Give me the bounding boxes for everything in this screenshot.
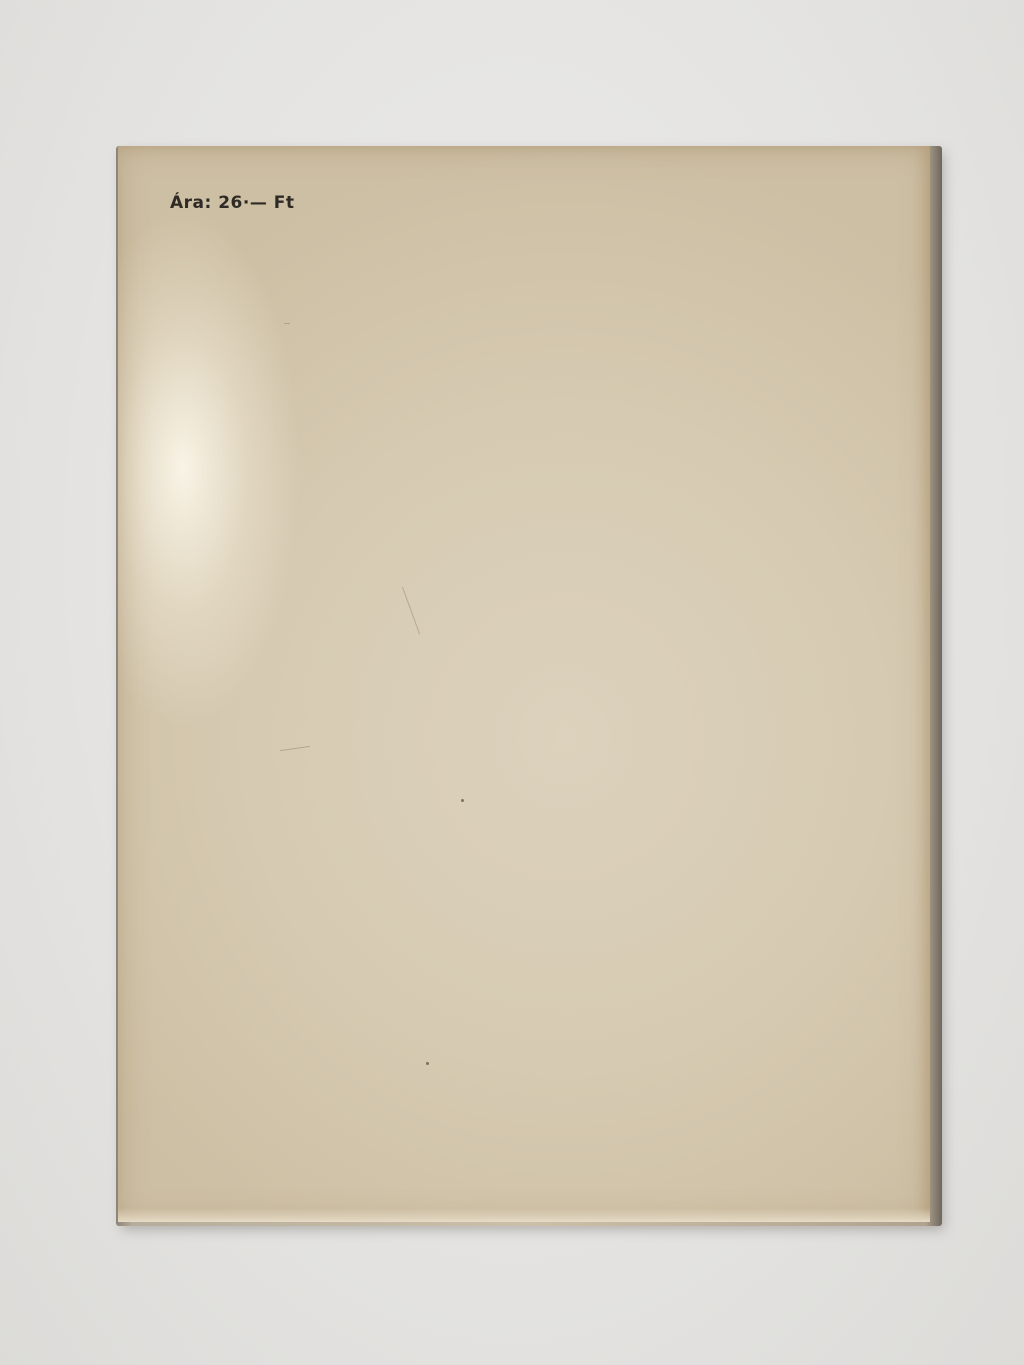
paper-stain	[461, 799, 464, 802]
paper-stain	[426, 1062, 429, 1065]
price-label: Ára: 26·— Ft	[170, 193, 295, 213]
book-back-cover	[118, 146, 930, 1222]
paper-scratch	[284, 323, 290, 324]
